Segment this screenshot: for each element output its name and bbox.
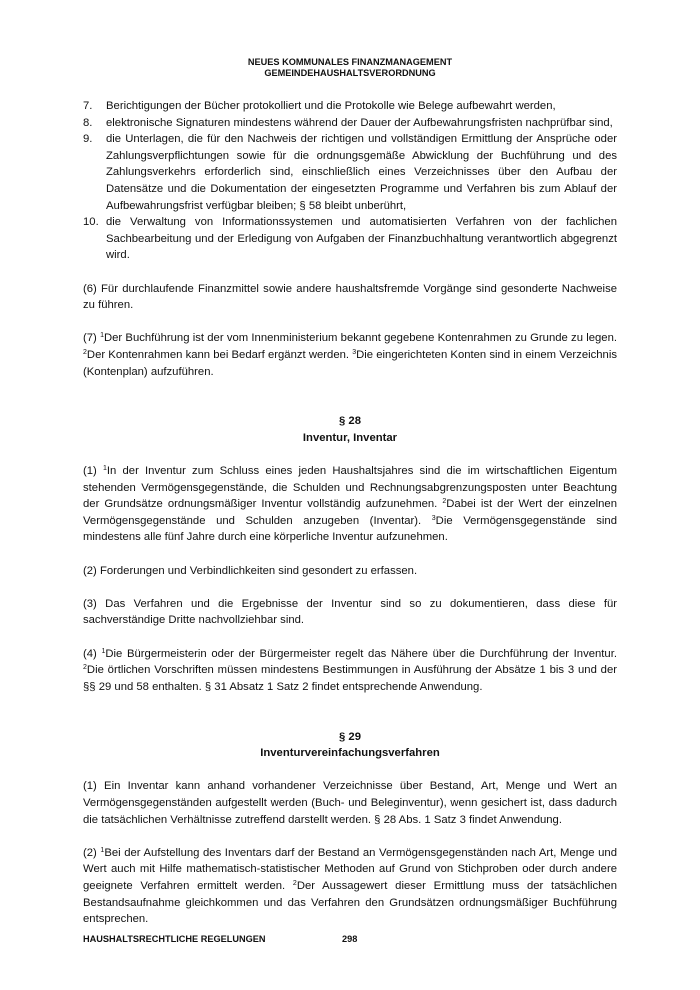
paragraph: (3) Das Verfahren und die Ergebnisse der… [83,596,617,629]
paragraph: (2) Forderungen und Verbindlichkeiten si… [83,563,617,580]
list-item: 7.Berichtigungen der Bücher protokollier… [83,98,617,115]
section-title: Inventurvereinfachungsverfahren [83,745,617,762]
list-item-text: elektronische Signaturen mindestens währ… [106,117,613,129]
list-item-text: die Unterlagen, die für den Nachweis der… [106,133,617,211]
paragraph: (2) 1Bei der Aufstellung des Inventars d… [83,845,617,928]
list-item-text: die Verwaltung von Informationssystemen … [106,216,617,261]
list-item: 10.die Verwaltung von Informationssystem… [83,214,617,264]
paragraph-7: (7) 1Der Buchführung ist der vom Innenmi… [83,330,617,380]
numbered-list: 7.Berichtigungen der Bücher protokollier… [83,98,617,264]
list-item: 9.die Unterlagen, die für den Nachweis d… [83,131,617,214]
paragraph: (1) Ein Inventar kann anhand vorhandener… [83,778,617,828]
list-item-text: Berichtigungen der Bücher protokolliert … [106,100,556,112]
header-title: NEUES KOMMUNALES FINANZMANAGEMENT [83,57,617,68]
list-item: 8.elektronische Signaturen mindestens wä… [83,115,617,132]
list-item-number: 7. [83,98,92,115]
running-footer: HAUSHALTSRECHTLICHE REGELUNGEN 298 [83,934,617,944]
page-number: 298 [342,934,357,944]
header-subtitle: GEMEINDEHAUSHALTSVERORDNUNG [83,68,617,79]
running-header: NEUES KOMMUNALES FINANZMANAGEMENT GEMEIN… [83,57,617,79]
section-title: Inventur, Inventar [83,430,617,447]
section-number: § 29 [83,729,617,746]
document-body: 7.Berichtigungen der Bücher protokollier… [83,98,617,944]
list-item-number: 9. [83,131,92,148]
paragraph: (4) 1Die Bürgermeisterin oder der Bürger… [83,646,617,696]
list-item-number: 8. [83,115,92,132]
footer-label: HAUSHALTSRECHTLICHE REGELUNGEN [83,934,266,944]
paragraph: (1) 1In der Inventur zum Schluss eines j… [83,463,617,546]
section-number: § 28 [83,413,617,430]
paragraph-6: (6) Für durchlaufende Finanzmittel sowie… [83,281,617,314]
list-item-number: 10. [83,214,99,231]
